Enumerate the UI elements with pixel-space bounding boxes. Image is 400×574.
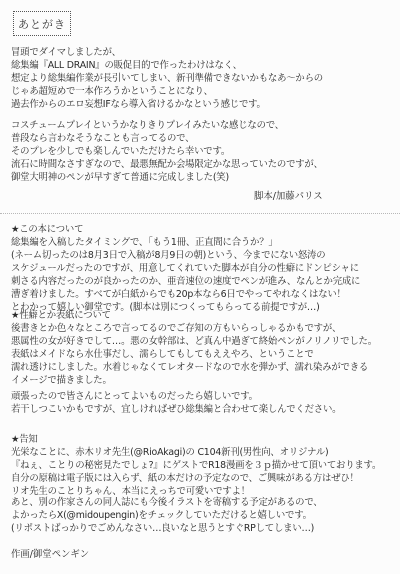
text-line: (ネーム切ったのは8月3日で入稿が8月9日の朝)という、今までにない怒涛の	[11, 249, 391, 262]
text-line: 表紙はメイドなら水仕事だし、濡らしてもしてもええやろ、ということで	[11, 348, 391, 361]
scriptwriter-signature: 脚本/加藤パリス	[254, 190, 323, 203]
about-book-section: ★この本について 総集編を入稿したタイミングで、「もう1冊、正直間に合うか？」 …	[11, 223, 391, 314]
text-line: 後書きとか色々なところで言ってるのでご存知の方もいらっしゃるかもですが、	[11, 322, 391, 335]
about-book-heading: ★この本について	[11, 223, 391, 236]
artist-signature: 作画/御堂ペンギン	[11, 548, 89, 561]
text-line: 漕ぎ着けました。すべてが白紙からでも20p本なら6日でやってやれなくはない！	[11, 288, 391, 301]
text-line: 普段なら言わなそうなことも言ってるので、	[11, 132, 391, 145]
text-line: あと、別の作家さんの同人誌にも今後イラストを寄稿する予定があるので、	[11, 496, 391, 509]
text-line: 濡れ透けにしました。水着じゃなくてレオタードなので水を弾かず、濡れ染みができる	[11, 361, 391, 374]
text-line: 悪属性の女が好きでして…。悪の女幹部は、ど真ん中過ぎて終始ペンがノリノリでした。	[11, 335, 391, 348]
text-line: じゃあ超短めで一本作ろうかということになり、	[11, 85, 391, 98]
text-line: 『ねぇ、ことりの秘密見たでしょ?』にゲストでR18漫画を３ｐ描かせて頂いておりま…	[11, 459, 391, 472]
text-line: 総集編を入稿したタイミングで、「もう1冊、正直間に合うか？」	[11, 236, 391, 249]
fetish-cover-heading: ★性癖とか表紙について	[11, 309, 391, 322]
text-line: 想定より総集編作業が長引いてしまい、新刊準備できないかもなあ～からの	[11, 72, 391, 85]
closing-section: 頑張ったので皆さんにとってよいものだったら嬉しいです。 若干しつこいかもですが、…	[11, 390, 391, 416]
text-line: そのプレを少しでも楽しんでいただけたら幸いです。	[11, 145, 391, 158]
scriptwriter-paragraph-3: 流石に時間なさすぎなので、最悪無配か会場限定かな思っていたのですが、 御堂大明神…	[11, 158, 391, 184]
text-line: コスチュームプレイというかなりきりプレイみたいな感じなので、	[11, 119, 391, 132]
text-line: スケジュールだったのですが、用意してくれていた脚本が自分の性癖にドンピシャに	[11, 262, 391, 275]
scriptwriter-paragraph-1: 冒頭でダイマしましたが、 総集編『ALL DRAIN』の販促目的で作ったわけはな…	[11, 46, 391, 111]
announcement-section: ★告知 光栄なことに、赤木リオ先生(@RioAkagi)の C104新刊(男性向…	[11, 433, 391, 498]
section-divider	[0, 213, 400, 214]
text-line: 冒頭でダイマしましたが、	[11, 46, 391, 59]
text-line: (リポストばっかりでごめんなさい…良いなと思うとすぐRPしてしまい…)	[11, 522, 391, 535]
afterword-title: あとがき	[18, 16, 66, 32]
text-line: 総集編『ALL DRAIN』の販促目的で作ったわけはなく、	[11, 59, 391, 72]
text-line: 刺さる内容だったのが良かったのか、亜音速位の速度でペンが進み、なんとか完成に	[11, 275, 391, 288]
afterword-page: あとがき 冒頭でダイマしましたが、 総集編『ALL DRAIN』の販促目的で作っ…	[0, 0, 400, 574]
text-line: 若干しつこいかもですが、宜しければぜひ総集編と合わせて楽しんでください。	[11, 403, 391, 416]
text-line: よかったらX(@midoupengin)をチェックしていただけると嬉しいです。	[11, 509, 391, 522]
text-line: 御堂大明神のペンが早すぎて普通に完成しました(笑)	[11, 171, 391, 184]
text-line: 自分の原稿は電子版には入らず、紙の本だけの予定なので、ご興味がある方はぜひ！	[11, 472, 391, 485]
other-news-section: あと、別の作家さんの同人誌にも今後イラストを寄稿する予定があるので、 よかったら…	[11, 496, 391, 535]
fetish-cover-section: ★性癖とか表紙について 後書きとか色々なところで言ってるのでご存知の方もいらっし…	[11, 309, 391, 387]
text-line: 過去作からのエロ妄想IFなら導入省けるかなという感じです。	[11, 98, 391, 111]
scriptwriter-paragraph-2: コスチュームプレイというかなりきりプレイみたいな感じなので、 普段なら言わなそう…	[11, 119, 391, 158]
text-line: 頑張ったので皆さんにとってよいものだったら嬉しいです。	[11, 390, 391, 403]
text-line: イメージで描きました。	[11, 374, 391, 387]
text-line: 流石に時間なさすぎなので、最悪無配か会場限定かな思っていたのですが、	[11, 158, 391, 171]
text-line: 光栄なことに、赤木リオ先生(@RioAkagi)の C104新刊(男性向、オリジ…	[11, 446, 391, 459]
announcement-heading: ★告知	[11, 433, 391, 446]
afterword-title-box: あとがき	[13, 11, 71, 36]
